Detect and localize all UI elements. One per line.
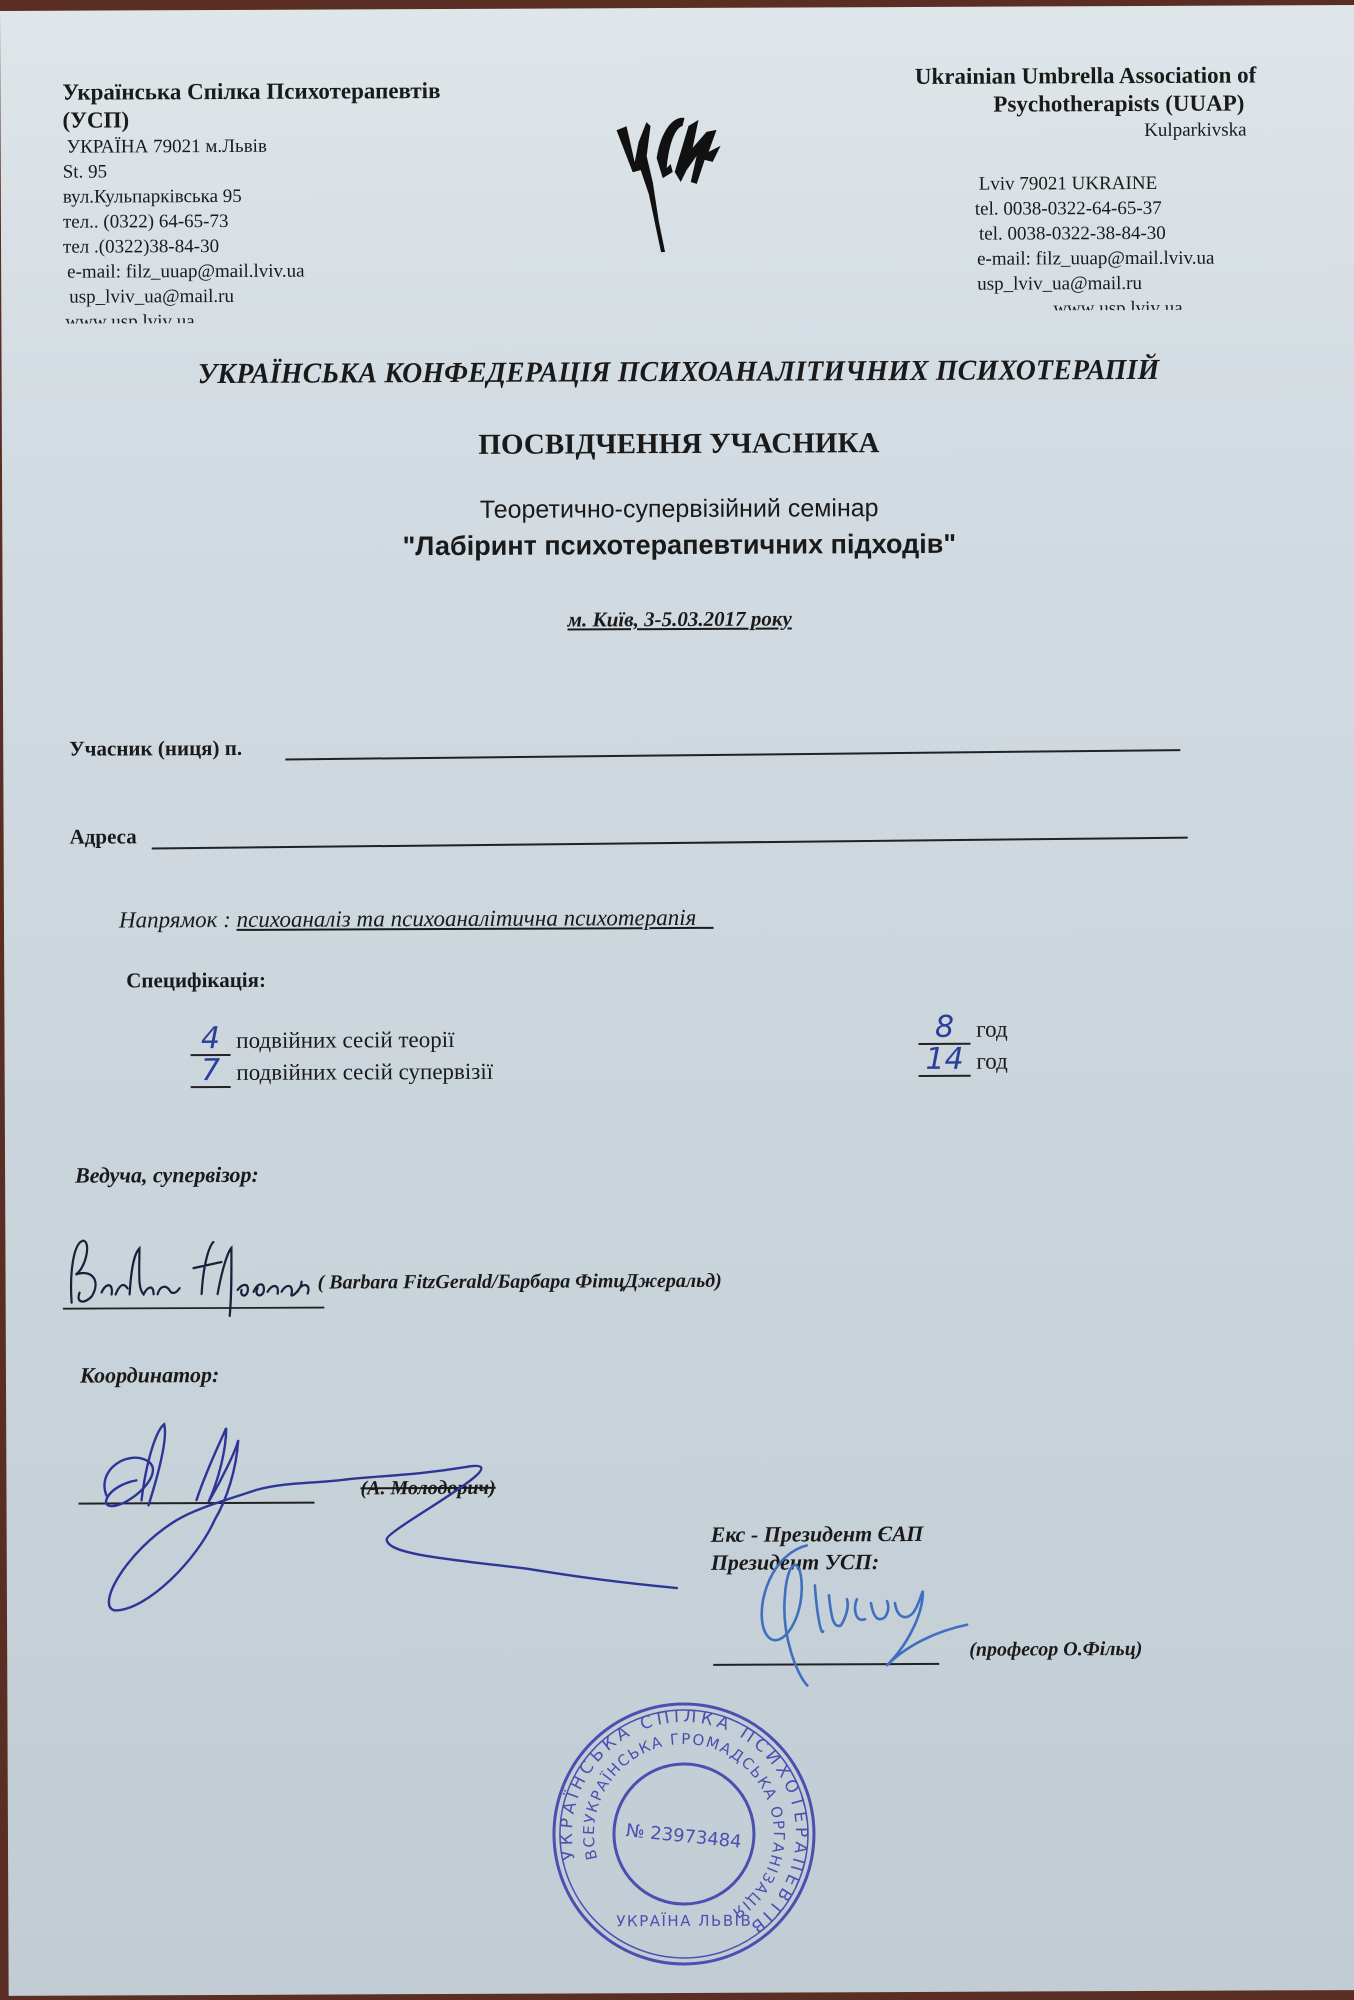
- stamp-bottom-text: УКРАЇНА ЛЬВІВ: [616, 1911, 752, 1931]
- certificate-document: Українська Спілка Психотерапевтів (УСП) …: [0, 5, 1354, 1996]
- address-line: УКРАЇНА 79021 м.Львів: [63, 133, 441, 160]
- theory-sessions-text: подвійних сесій теорії: [236, 1027, 454, 1053]
- place-date: м. Київ, 3-5.03.2017 року: [3, 604, 1354, 635]
- supervision-sessions-text: подвійних сесій супервізії: [236, 1059, 493, 1085]
- theory-sessions-count: 4: [190, 1024, 230, 1054]
- usp-logo-icon: [612, 112, 733, 263]
- seminar-name: "Лабіринт психотерапевтичних підходів": [2, 527, 1354, 564]
- street-en: Kulparkivska: [870, 117, 1270, 144]
- direction-value: психоаналіз та психоаналітична психотера…: [237, 905, 697, 932]
- confederation-title: УКРАЇНСЬКА КОНФЕДЕРАЦІЯ ПСИХОАНАЛІТИЧНИХ…: [29, 353, 1329, 392]
- leader-label: Ведуча, супервізор:: [75, 1162, 259, 1189]
- coordinator-label: Координатор:: [80, 1362, 219, 1389]
- supervision-sessions-field[interactable]: 7: [191, 1060, 231, 1088]
- phone-line: tel. 0038-0322-38-84-30: [871, 220, 1271, 247]
- leader-signature-icon: [61, 1232, 331, 1328]
- email-link[interactable]: e-mail: filz_uuap@mail.lviv.ua: [871, 245, 1271, 272]
- hours-unit: год: [976, 1049, 1008, 1074]
- header-right: Ukrainian Umbrella Association of Psycho…: [870, 61, 1271, 311]
- president-signature-icon: [737, 1535, 978, 1691]
- direction-row: Напрямок : психоаналіз та психоаналітичн…: [119, 905, 714, 934]
- stamp-number: № 23973484: [625, 1820, 743, 1853]
- email-link[interactable]: usp_lviv_ua@mail.ru: [871, 270, 1271, 297]
- official-stamp: УКРАЇНСЬКА СПІЛКА ПСИХОТЕРАПЕВТІВ ВСЕУКР…: [543, 1693, 824, 1979]
- supervision-hours-value: 14: [919, 1045, 971, 1075]
- coordinator-signature-icon: [86, 1408, 687, 1656]
- address-line: вул.Кульпарківська 95: [63, 183, 441, 210]
- certificate-title: ПОСВІДЧЕННЯ УЧАСНИКА: [2, 425, 1354, 464]
- phone-line: tel. 0038-0322-64-65-37: [871, 195, 1271, 222]
- org-name-en-line2: Psychotherapists (UUAP): [870, 89, 1270, 119]
- supervision-hours-field[interactable]: 14: [919, 1049, 971, 1077]
- address-line: St. 95: [63, 158, 441, 185]
- spec-row-theory: 4 подвійних сесій теорії: [190, 1027, 454, 1056]
- supervision-sessions-count: 7: [191, 1056, 231, 1086]
- president-name: (професор О.Фільц): [969, 1638, 1142, 1662]
- direction-label: Напрямок :: [119, 907, 237, 933]
- theory-hours-field[interactable]: 8: [918, 1017, 970, 1045]
- email-link[interactable]: usp_lviv_ua@mail.ru: [63, 283, 441, 310]
- org-name-ua: Українська Спілка Психотерапевтів: [62, 77, 440, 107]
- org-name-en: Ukrainian Umbrella Association of: [870, 61, 1270, 91]
- address-field[interactable]: [152, 823, 1188, 850]
- address-label: Адреса: [70, 824, 137, 849]
- spec-row-supervision: 7 подвійних сесій супервізії: [191, 1059, 494, 1088]
- phone-line: тел.. (0322) 64-65-73: [63, 208, 441, 235]
- theory-hours-row: 8 год: [918, 1017, 1007, 1045]
- leader-name: ( Barbara FitzGerald/Барбара ФітцДжераль…: [318, 1270, 722, 1295]
- seminar-type: Теоретично-супервізійний семінар: [2, 492, 1354, 527]
- participant-name-field[interactable]: [285, 733, 1180, 760]
- website-link[interactable]: www usp lviv ua: [63, 308, 441, 324]
- website-link[interactable]: www usp lviv ua: [871, 295, 1271, 311]
- org-abbr-ua: (УСП): [62, 105, 440, 135]
- specification-label: Специфікація:: [126, 968, 266, 994]
- header-left: Українська Спілка Психотерапевтів (УСП) …: [62, 77, 441, 324]
- address-line: Lviv 79021 UKRAINE: [871, 170, 1271, 197]
- theory-hours-value: 8: [918, 1013, 970, 1043]
- hours-unit: год: [976, 1017, 1008, 1042]
- theory-sessions-field[interactable]: 4: [190, 1028, 230, 1056]
- participant-label: Учасник (ниця) п.: [69, 736, 242, 762]
- email-link[interactable]: e-mail: filz_uuap@mail.lviv.ua: [63, 258, 441, 285]
- supervision-hours-row: 14 год: [919, 1049, 1008, 1077]
- phone-line: тел .(0322)38-84-30: [63, 233, 441, 260]
